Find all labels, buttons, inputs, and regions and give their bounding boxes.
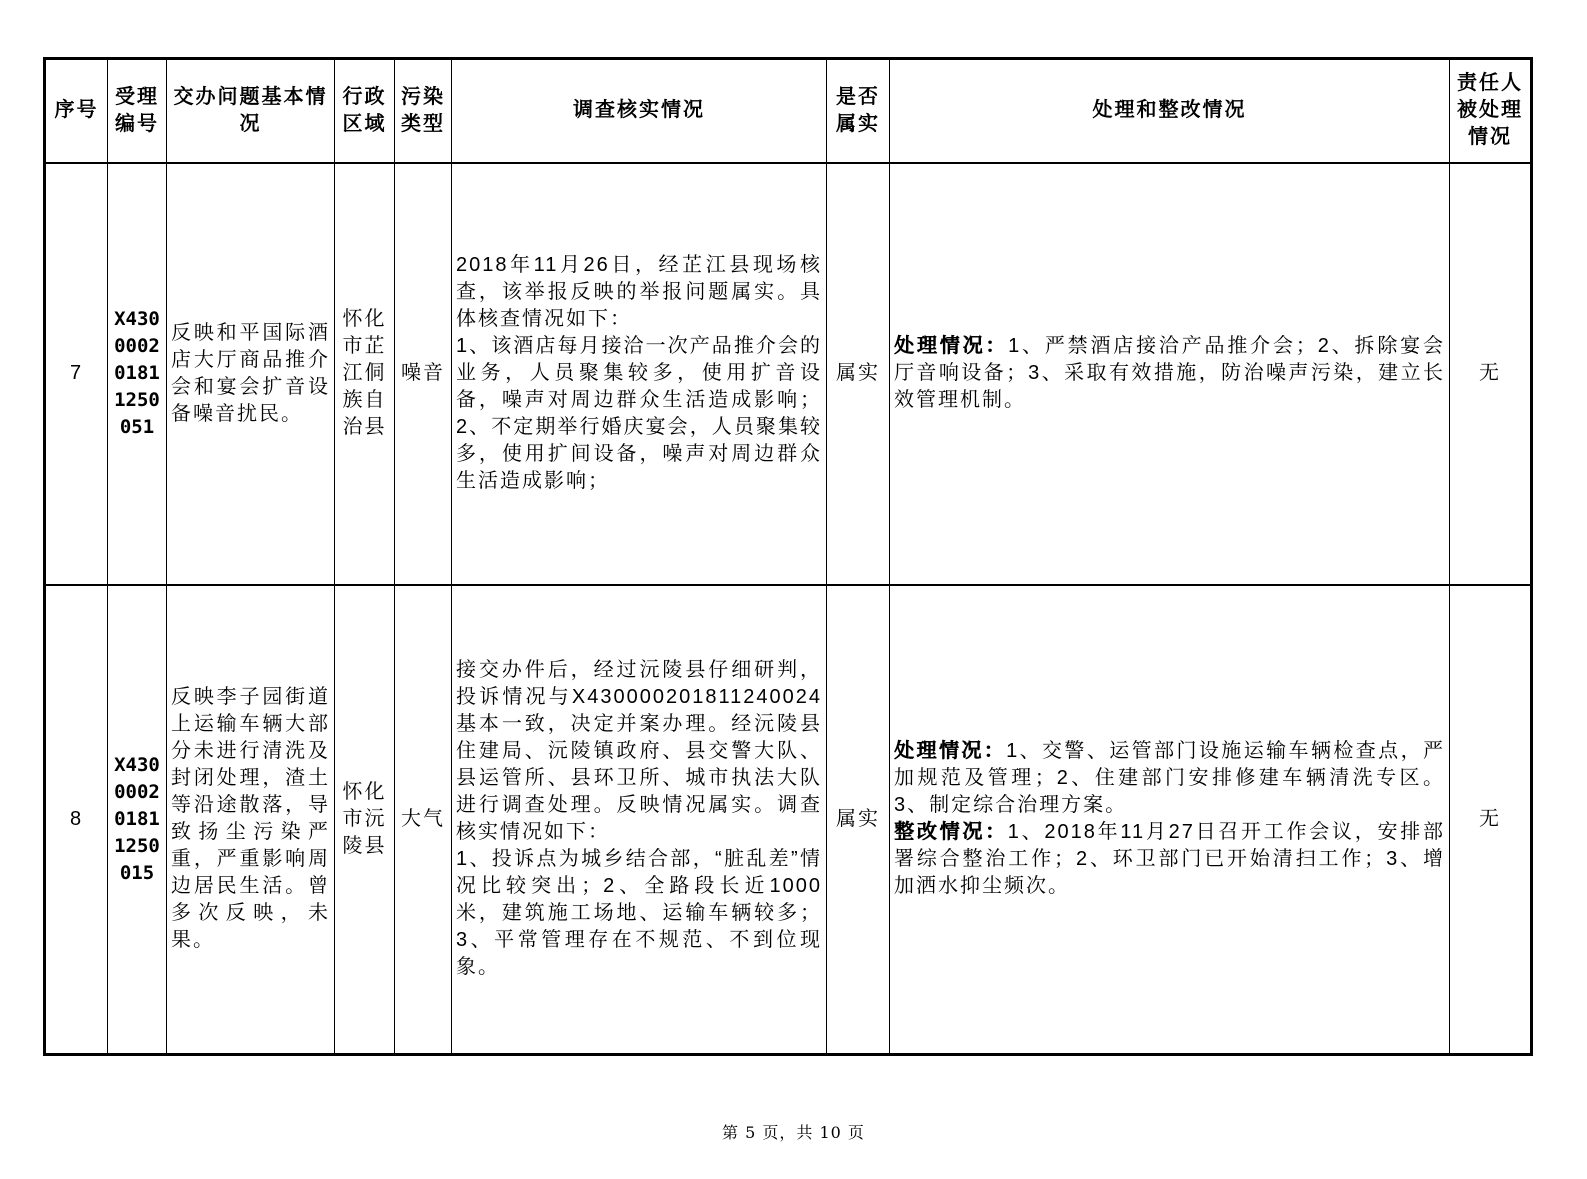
cell-accountability: 无 [1450, 163, 1532, 585]
header-pollution-type: 污染类型 [395, 59, 452, 163]
cell-handling: 处理情况：1、交警、运管部门设施运输车辆检查点，严加规范及管理；2、住建部门安排… [890, 585, 1450, 1055]
header-region: 行政区域 [335, 59, 395, 163]
handling-label: 处理情况： [894, 335, 1008, 357]
header-seq: 序号 [45, 59, 108, 163]
cell-case-id: X430000201811250051 [108, 163, 167, 585]
cell-seq: 8 [45, 585, 108, 1055]
cell-verified: 属实 [827, 163, 890, 585]
table-row: 8 X430000201811250015 反映李子园街道上运输车辆大部分未进行… [45, 585, 1532, 1055]
header-problem: 交办问题基本情况 [167, 59, 335, 163]
cell-investigation: 接交办件后，经过沅陵县仔细研判，投诉情况与X430000201811240024… [452, 585, 827, 1055]
cell-pollution-type: 噪音 [395, 163, 452, 585]
handling-paragraph: 处理情况：1、交警、运管部门设施运输车辆检查点，严加规范及管理；2、住建部门安排… [894, 738, 1445, 819]
cell-region: 怀化市芷江侗族自治县 [335, 163, 395, 585]
header-case-id: 受理编号 [108, 59, 167, 163]
handling-paragraph: 整改情况：1、2018年11月27日召开工作会议，安排部署综合整治工作；2、环卫… [894, 819, 1445, 900]
handling-paragraph: 处理情况：1、严禁酒店接洽产品推介会；2、拆除宴会厅音响设备；3、采取有效措施，… [894, 333, 1445, 414]
cell-region: 怀化市沅陵县 [335, 585, 395, 1055]
table-row: 7 X430000201811250051 反映和平国际酒店大厅商品推介会和宴会… [45, 163, 1532, 585]
header-row: 序号 受理编号 交办问题基本情况 行政区域 污染类型 调查核实情况 是否属实 处… [45, 59, 1532, 163]
page-footer: 第 5 页，共 10 页 [0, 1120, 1587, 1143]
cell-accountability: 无 [1450, 585, 1532, 1055]
cell-pollution-type: 大气 [395, 585, 452, 1055]
handling-label: 处理情况： [894, 740, 1006, 762]
header-verified: 是否属实 [827, 59, 890, 163]
header-handling: 处理和整改情况 [890, 59, 1450, 163]
cell-verified: 属实 [827, 585, 890, 1055]
cell-problem: 反映和平国际酒店大厅商品推介会和宴会扩音设备噪音扰民。 [167, 163, 335, 585]
header-investigation: 调查核实情况 [452, 59, 827, 163]
cell-investigation: 2018年11月26日，经芷江县现场核查，该举报反映的举报问题属实。具体核查情况… [452, 163, 827, 585]
complaint-handling-table: 序号 受理编号 交办问题基本情况 行政区域 污染类型 调查核实情况 是否属实 处… [43, 57, 1533, 1056]
cell-problem: 反映李子园街道上运输车辆大部分未进行清洗及封闭处理，渣土等沿途散落，导致扬尘污染… [167, 585, 335, 1055]
handling-label: 整改情况： [894, 821, 1008, 843]
header-accountability: 责任人被处理情况 [1450, 59, 1532, 163]
cell-seq: 7 [45, 163, 108, 585]
cell-handling: 处理情况：1、严禁酒店接洽产品推介会；2、拆除宴会厅音响设备；3、采取有效措施，… [890, 163, 1450, 585]
cell-case-id: X430000201811250015 [108, 585, 167, 1055]
